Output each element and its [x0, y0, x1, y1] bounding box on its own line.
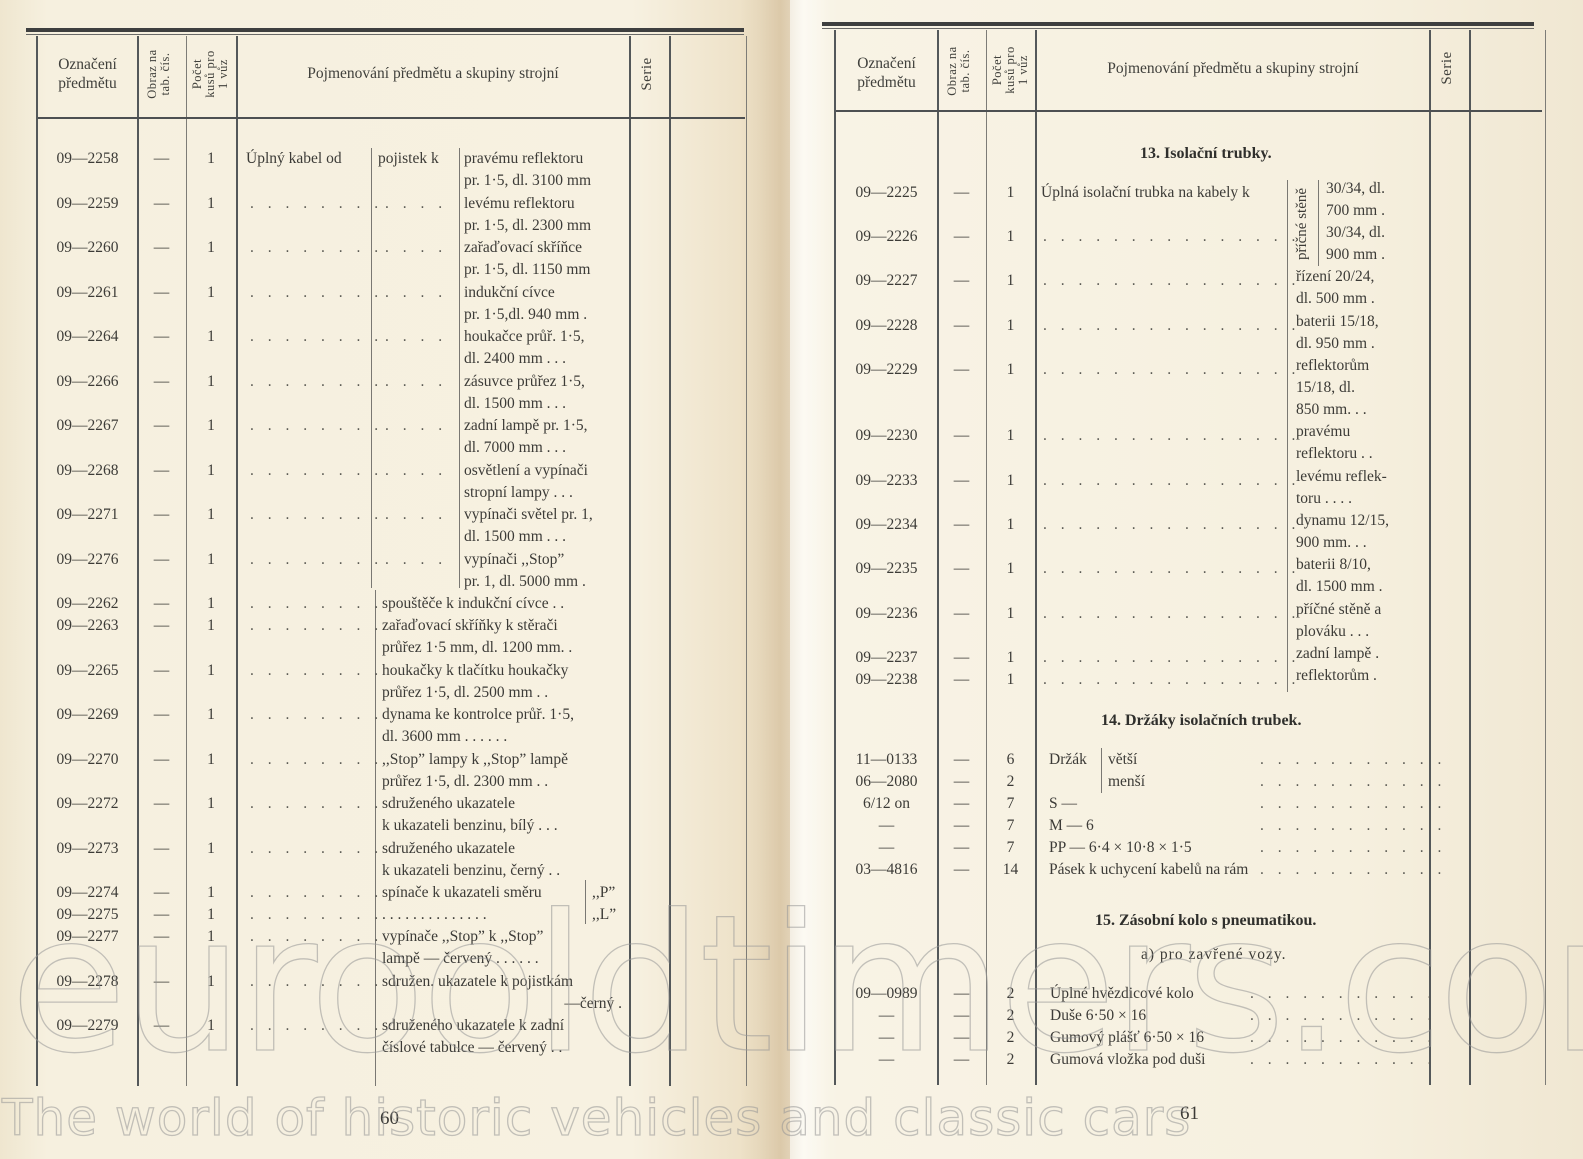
- description: větší: [1108, 749, 1137, 771]
- quantity: 1: [186, 371, 236, 393]
- description-line1: řízení 20/24,: [1296, 266, 1374, 288]
- description-line1: levému reflek-: [1296, 466, 1387, 488]
- leader-dots: . . . .: [385, 460, 447, 482]
- description-line2: k ukazateli benzinu, bílý . . .: [382, 815, 558, 837]
- description-line3: 850 mm. . .: [1296, 399, 1367, 421]
- watermark-tagline: The world of historic vehicles and class…: [2, 1090, 1191, 1146]
- quantity: 1: [986, 669, 1035, 691]
- part-id: 09—2264: [38, 326, 137, 348]
- header-col-image-l2: tab. čís.: [159, 34, 172, 114]
- description-line2: dl. 500 mm .: [1296, 288, 1375, 310]
- holder-label: Držák: [1049, 749, 1087, 771]
- quantity: 1: [986, 558, 1035, 580]
- leader-dots: . . . . . . . .: [250, 237, 383, 259]
- image-ref: —: [937, 226, 986, 248]
- description-line1: zadní lampě pr. 1·5,: [464, 415, 588, 437]
- description-line1: dynama ke kontrolce průř. 1·5,: [382, 704, 574, 726]
- header-col-qty-l3: 1 vůz: [217, 34, 230, 114]
- description-line2: plováku . . .: [1296, 621, 1369, 643]
- part-id: 09—2265: [38, 660, 137, 682]
- leader-dots: . . . .: [385, 237, 447, 259]
- part-id: 09—2237: [836, 647, 937, 669]
- description-line1: zařaďovací skříňky k stěrači: [382, 615, 558, 637]
- quantity: 1: [986, 359, 1035, 381]
- holder-divider: [1101, 748, 1102, 793]
- description-line2: dl. 7000 mm . . .: [464, 437, 566, 459]
- quantity: 1: [186, 148, 236, 170]
- description-line1: ,,Stop” lampy k ,,Stop” lampě: [382, 749, 568, 771]
- part-id: 06—2080: [836, 771, 937, 793]
- part-id: 09—2262: [38, 593, 137, 615]
- quantity: 6: [986, 749, 1035, 771]
- header-col-qty: Počet kusů pro 1 vůz: [991, 30, 1031, 110]
- section-13-title: 13. Isolační trubky.: [1140, 145, 1272, 163]
- leader-dots: . . . . . . . .: [250, 593, 383, 615]
- quantity: 1: [986, 315, 1035, 337]
- header-col-id: Označení předmětu: [38, 55, 137, 93]
- leader-dots: . . . .: [385, 549, 447, 571]
- part-id: 09—2226: [836, 226, 937, 248]
- header-col-id-l1: Označení: [836, 54, 937, 73]
- description-line2: dl. 2400 mm . . .: [464, 348, 566, 370]
- description-line1: vypínači světel pr. 1,: [464, 504, 593, 526]
- header-col-qty: Počet kusů pro 1 vůz: [191, 34, 231, 114]
- part-id: 09—2271: [38, 504, 137, 526]
- header-col-desc: Pojmenování předmětu a skupiny strojní: [1037, 59, 1429, 78]
- image-ref: —: [137, 282, 186, 304]
- description-line1: houkačky k tlačítku houkačky: [382, 660, 568, 682]
- image-ref: —: [137, 660, 186, 682]
- leader-dots: . . . . . . . . . . . . . . .: [1043, 669, 1300, 691]
- part-id: 09—2236: [836, 603, 937, 625]
- description-line1: 30/34, dl.: [1326, 178, 1385, 200]
- image-ref: —: [137, 615, 186, 637]
- part-id: 11—0133: [836, 749, 937, 771]
- description-line2: průřez 1·5 mm, dl. 1200 mm. .: [382, 637, 572, 659]
- quantity: 1: [186, 838, 236, 860]
- description-line1: indukční cívce: [464, 282, 555, 304]
- header-col-image: Obraz na tab. čís.: [146, 34, 178, 114]
- quantity: 7: [986, 815, 1035, 837]
- leader-dots: . . . . . . . . . . . . . . .: [1043, 470, 1300, 492]
- image-ref: —: [137, 237, 186, 259]
- top-rule-thin: [26, 34, 744, 35]
- part-id: 09—2276: [38, 549, 137, 571]
- quantity: 1: [986, 182, 1035, 204]
- part-id: 09—2272: [38, 793, 137, 815]
- header-col-image: Obraz na tab. čís.: [946, 31, 978, 111]
- quantity: 1: [186, 237, 236, 259]
- leader-dots: . . . . . . . .: [250, 460, 383, 482]
- description-line2: dl. 1500 mm . . .: [464, 393, 566, 415]
- quantity: 1: [986, 425, 1035, 447]
- quantity: 7: [986, 837, 1035, 859]
- image-ref: —: [137, 793, 186, 815]
- description-line1: příčné stěně a: [1296, 599, 1381, 621]
- leader-dots: . . . . . . . .: [250, 504, 383, 526]
- image-ref: —: [937, 514, 986, 536]
- group-prefix: Úplná isolační trubka na kabely k: [1041, 182, 1250, 204]
- part-id: 09—2225: [836, 182, 937, 204]
- part-id: 09—2270: [38, 749, 137, 771]
- image-ref: —: [137, 749, 186, 771]
- quantity: 1: [186, 504, 236, 526]
- description: M — 6: [1049, 815, 1094, 837]
- leader-dots: . . . . . . . .: [250, 615, 383, 637]
- image-ref: —: [937, 425, 986, 447]
- description-line2: pr. 1·5, dl. 3100 mm: [464, 170, 591, 192]
- leader-dots: . . . . . . . . . . .: [1260, 793, 1446, 815]
- header-col-serie: Serie: [641, 39, 657, 109]
- desc-divider: [459, 148, 460, 588]
- part-id: 09—2266: [38, 371, 137, 393]
- leader-dots: . . . .: [385, 415, 447, 437]
- leader-dots: . . . .: [385, 326, 447, 348]
- image-ref: —: [937, 749, 986, 771]
- leader-dots: . . . . . . . .: [250, 371, 383, 393]
- description-line1: baterii 8/10,: [1296, 554, 1371, 576]
- rotated-label: příčné stěně: [1294, 183, 1312, 265]
- quantity: 2: [986, 771, 1035, 793]
- description-line2: pr. 1, dl. 5000 mm .: [464, 571, 586, 593]
- group-prefix-a: Úplný kabel od: [246, 148, 342, 170]
- leader-dots: . . . .: [385, 371, 447, 393]
- leader-dots: . . . . . . . . . . . . . . .: [1043, 359, 1300, 381]
- part-id: 09—2233: [836, 470, 937, 492]
- description-line1: houkačce průř. 1·5,: [464, 326, 585, 348]
- leader-dots: . . . . . . . . . . . . . . .: [1043, 226, 1300, 248]
- image-ref: —: [137, 326, 186, 348]
- header-col-id-l2: předmětu: [38, 74, 137, 93]
- quantity: 1: [186, 415, 236, 437]
- quantity: 1: [186, 593, 236, 615]
- leader-dots: . . . . . . . . . . . . . . .: [1043, 425, 1300, 447]
- leader-dots: . . . . . . . .: [250, 326, 383, 348]
- part-id: 09—2258: [38, 148, 137, 170]
- description-line1: reflektorům .: [1296, 665, 1377, 687]
- description-line1: vypínači ,,Stop”: [464, 549, 564, 571]
- part-id: 09—2259: [38, 193, 137, 215]
- image-ref: —: [937, 359, 986, 381]
- image-ref: —: [137, 593, 186, 615]
- top-rule-thin: [822, 28, 1534, 29]
- description-line1: dynamu 12/15,: [1296, 510, 1389, 532]
- header-col-id-l1: Označení: [38, 55, 137, 74]
- header-col-image-l2: tab. čís.: [959, 31, 972, 111]
- description-line2: dl. 1500 mm .: [1296, 576, 1383, 598]
- description-line1: sdruženého ukazatele: [382, 793, 515, 815]
- image-ref: —: [137, 148, 186, 170]
- header-col-desc: Pojmenování předmětu a skupiny strojní: [238, 64, 628, 83]
- quantity: 1: [986, 270, 1035, 292]
- quantity: 1: [186, 193, 236, 215]
- leader-dots: . . . .: [385, 193, 447, 215]
- image-ref: —: [137, 371, 186, 393]
- description-line2: dl. 3600 mm . . . . . .: [382, 726, 507, 748]
- header-col-id-l2: předmětu: [836, 73, 937, 92]
- leader-dots: . . . .: [385, 282, 447, 304]
- part-id: 09—2235: [836, 558, 937, 580]
- image-ref: —: [137, 460, 186, 482]
- description-line2: 700 mm .: [1326, 200, 1385, 222]
- quantity: 1: [186, 660, 236, 682]
- description-line1: levému reflektoru: [464, 193, 575, 215]
- part-id: 09—2263: [38, 615, 137, 637]
- part-id: —: [836, 815, 937, 837]
- quantity: 1: [186, 704, 236, 726]
- leader-dots: . . . . . . . . . . .: [1260, 771, 1446, 793]
- part-id: 09—2260: [38, 237, 137, 259]
- part-id: 09—2228: [836, 315, 937, 337]
- watermark-site: eurooldtimers.com: [10, 890, 1583, 1080]
- leader-dots: . . . . . . . . . . .: [1260, 815, 1446, 837]
- part-id: 09—2238: [836, 669, 937, 691]
- leader-dots: . . . . . . . .: [250, 549, 383, 571]
- image-ref: —: [937, 603, 986, 625]
- part-id: 09—2234: [836, 514, 937, 536]
- image-ref: —: [137, 549, 186, 571]
- leader-dots: . . . . . . . .: [250, 660, 383, 682]
- description: S —: [1049, 793, 1077, 815]
- quantity: 1: [186, 549, 236, 571]
- description-line2: 15/18, dl.: [1296, 377, 1355, 399]
- quantity: 1: [986, 647, 1035, 669]
- leader-dots: . . . .: [385, 504, 447, 526]
- image-ref: —: [137, 415, 186, 437]
- description-line1: spouštěče k indukční cívce . .: [382, 593, 564, 615]
- part-id: 09—2229: [836, 359, 937, 381]
- description-line1: pravému reflektoru: [464, 148, 583, 170]
- leader-dots: . . . . . . . .: [250, 193, 383, 215]
- header-col-qty-l3: 1 vůz: [1017, 30, 1030, 110]
- header-col-id: Označení předmětu: [836, 54, 937, 92]
- leader-dots: . . . . . . . . . . . . . . .: [1043, 603, 1300, 625]
- header-col-serie: Serie: [1441, 33, 1457, 103]
- image-ref: —: [937, 182, 986, 204]
- description-line1: zásuvce průřez 1·5,: [464, 371, 585, 393]
- group-prefix-b: pojistek k: [378, 148, 439, 170]
- part-id: 09—2269: [38, 704, 137, 726]
- part-id: 09—2268: [38, 460, 137, 482]
- description-line2: 900 mm. . .: [1296, 532, 1367, 554]
- description-line2: dl. 950 mm .: [1296, 333, 1375, 355]
- image-ref: —: [937, 669, 986, 691]
- description-line2: pr. 1·5,dl. 940 mm .: [464, 304, 587, 326]
- leader-dots: . . . . . . . .: [250, 415, 383, 437]
- leader-dots: . . . . . . . . . . .: [1260, 749, 1446, 771]
- part-id: 09—2273: [38, 838, 137, 860]
- leader-dots: . . . . . . . . . . . . . . .: [1043, 315, 1300, 337]
- quantity: 1: [186, 793, 236, 815]
- image-ref: —: [937, 470, 986, 492]
- image-ref: —: [937, 837, 986, 859]
- section-14-title: 14. Držáky isolačních trubek.: [1101, 712, 1301, 730]
- leader-dots: . . . . . . . . . . . . . . .: [1043, 558, 1300, 580]
- description-line1: baterii 15/18,: [1296, 311, 1379, 333]
- description-line1: osvětlení a vypínači: [464, 460, 588, 482]
- quantity: 1: [186, 615, 236, 637]
- quantity: 1: [986, 514, 1035, 536]
- leader-dots: . . . . . . . .: [250, 749, 383, 771]
- part-id: 09—2230: [836, 425, 937, 447]
- leader-dots: . . . . . . . .: [250, 704, 383, 726]
- image-ref: —: [137, 193, 186, 215]
- description-line1: pravému: [1296, 421, 1350, 443]
- description-line2: 900 mm .: [1326, 244, 1385, 266]
- description-line2: průřez 1·5, dl. 2500 mm . .: [382, 682, 548, 704]
- description-line1: sdruženého ukazatele: [382, 838, 515, 860]
- quantity: 7: [986, 793, 1035, 815]
- description-line2: dl. 1500 mm . . .: [464, 526, 566, 548]
- leader-dots: . . . . . . . . . . . . . . .: [1043, 647, 1300, 669]
- description-line1: zadní lampě .: [1296, 643, 1379, 665]
- quantity: 1: [186, 282, 236, 304]
- image-ref: —: [937, 793, 986, 815]
- description-line2: reflektoru . .: [1296, 443, 1373, 465]
- quantity: 1: [186, 460, 236, 482]
- description-line2: pr. 1·5, dl. 2300 mm: [464, 215, 591, 237]
- image-ref: —: [937, 647, 986, 669]
- description-line1: reflektorům: [1296, 355, 1369, 377]
- part-id: 09—2261: [38, 282, 137, 304]
- image-ref: —: [137, 838, 186, 860]
- image-ref: —: [937, 315, 986, 337]
- leader-dots: . . . . . . . .: [250, 793, 383, 815]
- description-line1: 30/34, dl.: [1326, 222, 1385, 244]
- part-id: 09—2267: [38, 415, 137, 437]
- header-rule: [836, 110, 1542, 112]
- image-ref: —: [137, 704, 186, 726]
- desc-divider: [1318, 180, 1319, 266]
- description-line2: toru . . . .: [1296, 488, 1352, 510]
- leader-dots: . . . . . . . . . . . . . . .: [1043, 270, 1300, 292]
- leader-dots: . . . . . . . .: [250, 838, 383, 860]
- part-id: 09—2227: [836, 270, 937, 292]
- part-id: 6/12 on: [836, 793, 937, 815]
- top-rule: [26, 28, 744, 32]
- leader-dots: . . . . . . . . . . .: [1260, 837, 1446, 859]
- header-rule: [38, 117, 745, 119]
- image-ref: —: [937, 270, 986, 292]
- description-line2: průřez 1·5, dl. 2300 mm . .: [382, 771, 548, 793]
- quantity: 1: [986, 603, 1035, 625]
- leader-dots: . . . . . . . . . . . . . . .: [1043, 514, 1300, 536]
- image-ref: —: [937, 558, 986, 580]
- quantity: 1: [986, 226, 1035, 248]
- top-rule: [822, 22, 1534, 26]
- description-line2: pr. 1·5, dl. 1150 mm: [464, 259, 590, 281]
- part-id: —: [836, 837, 937, 859]
- image-ref: —: [937, 771, 986, 793]
- description-line1: zařaďovací skříňce: [464, 237, 582, 259]
- description: PP — 6·4 × 10·8 × 1·5: [1049, 837, 1192, 859]
- description: menší: [1108, 771, 1145, 793]
- quantity: 1: [186, 749, 236, 771]
- quantity: 1: [986, 470, 1035, 492]
- leader-dots: . . . . . . . .: [250, 282, 383, 304]
- description-line2: stropní lampy . . .: [464, 482, 573, 504]
- quantity: 1: [186, 326, 236, 348]
- image-ref: —: [137, 504, 186, 526]
- image-ref: —: [937, 815, 986, 837]
